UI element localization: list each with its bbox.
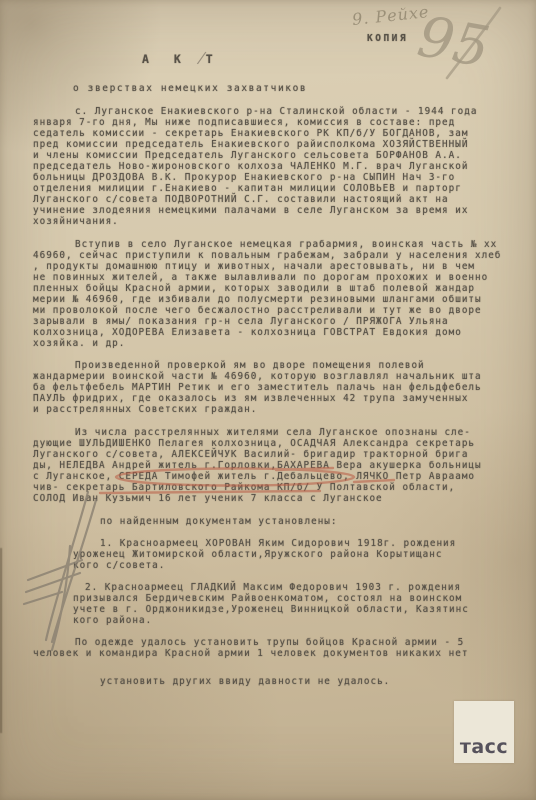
text-line: колхозница, ХОДОРЕВА Елизавета - колхозн… (33, 327, 511, 338)
text-line: 1. Красноармеец ХОРОВАН Яким Сидорович 1… (33, 538, 511, 549)
text-line: установить других ввиду давности не удал… (33, 676, 511, 687)
text-line: жандармерии воинской части № 46960, кото… (33, 371, 511, 382)
text-line: Луганского с/совета, АЛЕКСЕЙЧУК Василий-… (33, 449, 511, 460)
text-line: отделения милиции г.Енакиево - капитан м… (33, 183, 511, 194)
text-line: человек и командира Красной армии 1 чело… (33, 648, 511, 659)
copy-stamp: КОПИЯ (367, 33, 408, 44)
text-line: СОЛОД Иван Кузьмич 16 лет ученик 7 класс… (33, 493, 511, 504)
text-line: 46960, сейчас приступили к повальным гра… (33, 250, 511, 261)
paragraph-looting: Вступив в село Луганское немецкая грабар… (33, 239, 511, 349)
text-line: пред комиссии председатель Енакиевского … (33, 139, 511, 150)
text-line: кого района. (33, 615, 511, 626)
paragraph-inspection: Произведенной проверкой ям во дворе поме… (33, 360, 511, 415)
text-line: , продукты домашнюю птицу и животных, на… (33, 261, 511, 272)
text-line: января 7-го дня, Мы ниже подписавшиеся, … (33, 117, 511, 128)
document-subtitle: о зверствах немецких захватчиков (73, 83, 307, 94)
document-title: А К Т (142, 52, 222, 66)
text-line: мерии № 46960, где избивали до полусмерт… (33, 294, 511, 305)
text-line: председатель Ново-жироновского колхоза Ч… (33, 161, 511, 172)
text-line: уроженец Житомирской области,Яружского р… (33, 549, 511, 560)
scanned-document-page: 9. Рейхе КОПИЯ 95 А К Т / о зверствах не… (0, 0, 536, 800)
text-line: По одежде удалось установить трупы бойцо… (33, 637, 511, 648)
text-line: с. Луганское Енакиевского р-на Сталинско… (33, 106, 511, 117)
text-line: ми проволокой после чего бесжалостно рас… (33, 305, 511, 316)
text-line: учете в г. Орджоникидзе,Уроженец Винницк… (33, 604, 511, 615)
text-line: ПАУЛЬ фридрих, где оказалось из ям извле… (33, 393, 511, 404)
tass-watermark-label: тасс (460, 738, 508, 757)
closing-line: установить других ввиду давности не удал… (33, 676, 511, 687)
text-line: и расстрелянных Советских граждан. (33, 404, 511, 415)
handwritten-page-number: 95 (413, 4, 494, 80)
text-line: по найденным документам установлены: (33, 516, 511, 527)
text-line: 2. Красноармеец ГЛАДКИЙ Максим Федорович… (33, 582, 511, 593)
text-line: ды, НЕЛЕДВА Андрей житель г.Горловки,БАХ… (33, 460, 511, 471)
text-line: и члены комиссии Председатель Луганского… (33, 150, 511, 161)
handwritten-note: 9. Рейхе (351, 2, 430, 29)
text-line: с Луганское, СЕРЕДА Тимофей житель г.Деб… (33, 471, 511, 482)
text-line: Произведенной проверкой ям во дворе поме… (33, 360, 511, 371)
documents-heading: по найденным документам установлены: (33, 516, 511, 527)
list-item-2: 2. Красноармеец ГЛАДКИЙ Максим Федорович… (33, 582, 511, 626)
document-body: с. Луганское Енакиевского р-на Сталинско… (33, 106, 511, 699)
text-line: призывался Бердичевским Райвоенкоматом, … (33, 593, 511, 604)
text-line: дующие ШУЛЬДИШЕНКО Пелагея колхозница, О… (33, 438, 511, 449)
tass-watermark: тасс (454, 701, 514, 763)
list-item-1: 1. Красноармеец ХОРОВАН Яким Сидорович 1… (33, 538, 511, 571)
text-line: не повинных жителей, а также вылавливали… (33, 272, 511, 283)
paragraph-identified: Из числа расстрелянных жителями села Луг… (33, 427, 511, 504)
text-line: Из числа расстрелянных жителями села Луг… (33, 427, 511, 438)
text-line: зарывали в ямы/ показания гр-н села Луга… (33, 316, 511, 327)
text-line: ба фельтфебель МАРТИН Ретик и его замест… (33, 382, 511, 393)
text-line: больницы ДРОЗДОВА В.К. Прокурор Енакиевс… (33, 172, 511, 183)
text-line: Луганского с/совета ПОДВОРОТНИЙ С.Г. сос… (33, 194, 511, 205)
text-line: хозяйничания. (33, 216, 511, 227)
text-line: пленных бойцы Красной армии, которых зав… (33, 283, 511, 294)
text-line: учинение злодеяния немецкими палачами в … (33, 205, 511, 216)
scan-edge-shadow (0, 548, 2, 733)
text-line: Вступив в село Луганское немецкая грабар… (33, 239, 511, 250)
text-line: чив- секретарь Бартиловского Райкома КП/… (33, 482, 511, 493)
text-line: кого с/совета. (33, 560, 511, 571)
paragraph-commission: с. Луганское Енакиевского р-на Сталинско… (33, 106, 511, 227)
text-line: седатель комиссии - секретарь Енакиевско… (33, 128, 511, 139)
text-line: хозяйка. и др. (33, 338, 511, 349)
paragraph-clothing: По одежде удалось установить трупы бойцо… (33, 637, 511, 659)
